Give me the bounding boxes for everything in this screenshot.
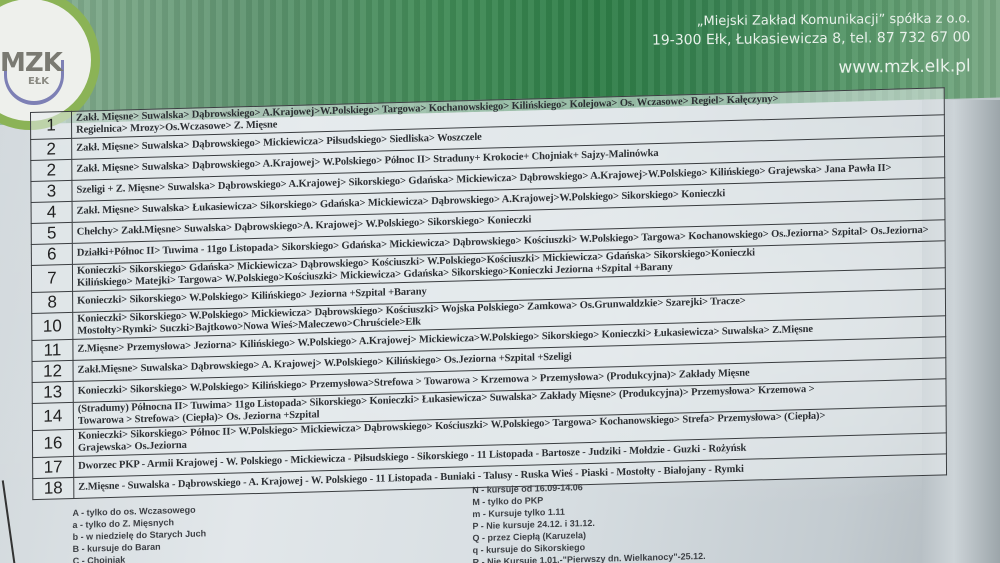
- route-number: 16: [32, 429, 73, 457]
- route-number: 3: [31, 180, 72, 202]
- route-number: 14: [32, 402, 73, 430]
- window-frame-edge: [2, 480, 17, 563]
- route-number: 10: [32, 312, 73, 340]
- routes-table: 1Zakł. Mięsne> Suwalska> Dąbrowskiego> A…: [30, 87, 947, 500]
- company-address: 19-300 Ełk, Łukasiewicza 8, tel. 87 732 …: [651, 27, 970, 50]
- route-number: 2: [31, 159, 72, 181]
- route-number: 1: [31, 111, 72, 139]
- logo-city: EŁK: [28, 76, 49, 87]
- route-number: 13: [32, 381, 73, 403]
- route-number: 8: [32, 291, 73, 313]
- logo-brand: MZK: [0, 48, 62, 78]
- route-number: 4: [31, 201, 72, 223]
- route-number: 2: [31, 138, 72, 160]
- company-website: www.mzk.elk.pl: [652, 53, 971, 82]
- company-info: „Miejski Zakład Komunikacji” spółka z o.…: [651, 10, 970, 82]
- route-timetable-sheet: 1Zakł. Mięsne> Suwalska> Dąbrowskiego> A…: [30, 87, 947, 502]
- route-number: 17: [33, 456, 74, 478]
- route-number: 18: [33, 477, 74, 499]
- legend-left: A - tylko do os. Wczasowegoa - tylko do …: [72, 503, 206, 563]
- route-number: 7: [31, 264, 72, 292]
- route-number: 12: [32, 360, 73, 382]
- route-number: 5: [31, 222, 72, 244]
- route-number: 6: [31, 243, 72, 265]
- legend-right: N - kursuje od 16.09-14.06M - tylko do P…: [472, 478, 705, 563]
- route-number: 11: [32, 339, 73, 361]
